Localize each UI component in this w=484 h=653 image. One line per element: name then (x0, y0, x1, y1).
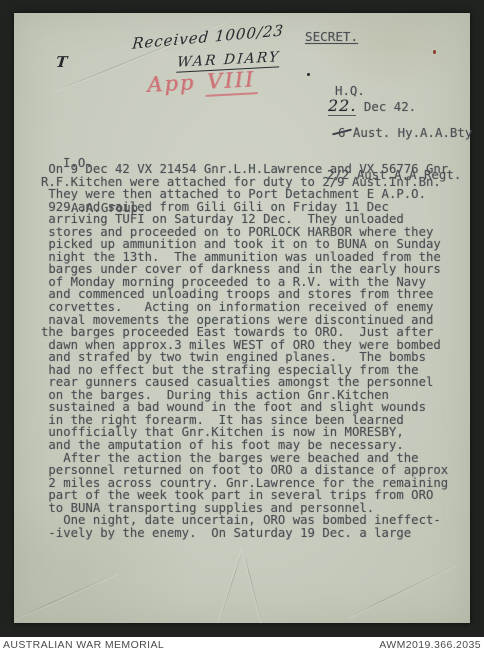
crease-line (348, 564, 458, 618)
body-line: rear gunners caused casualties amongst t… (41, 376, 448, 389)
body-line: and the amputation of his foot may be ne… (41, 439, 448, 452)
body-line: picked up ammunition and took it on to B… (41, 238, 448, 251)
appendix-number: VIII (204, 67, 257, 97)
date-typed: Dec 42. (356, 99, 416, 114)
body-line: the barges proceeded East towards to ORO… (41, 326, 448, 339)
crease-line (243, 548, 263, 623)
crease-line (218, 548, 243, 623)
red-ink-speck (433, 50, 436, 54)
crease-line (16, 572, 119, 618)
date-line: 22. Dec 42. (328, 96, 416, 115)
document-paper: T Received 1000/23 WAR DIARY AppVIII SEC… (14, 13, 470, 623)
body-line: On 9 Dec 42 VX 21454 Gnr.L.H.Lawrence an… (41, 163, 448, 176)
body-line: They were then attached to Port Detachme… (41, 188, 448, 201)
classification-secret: SECRET. (305, 29, 358, 44)
body-line: part of the week took part in several tr… (41, 489, 448, 502)
received-annotation: Received 1000/23 (131, 21, 284, 52)
unit-line: 6 Aust. Hy.A.A.Bty (338, 126, 472, 140)
body-line: and strafed by two twin engined planes. … (41, 351, 448, 364)
date-day-handwritten: 22. (328, 96, 356, 116)
body-line: -ively by the enemy. On Saturday 19 Dec.… (41, 527, 448, 540)
body-line: arriving TUFI on Saturday 12 Dec. They u… (41, 213, 448, 226)
body-line: One night, date uncertain, ORO was bombe… (41, 514, 448, 527)
ink-dot (307, 73, 310, 76)
archive-bar: AUSTRALIAN WAR MEMORIAL AWM2019.366.2035 (0, 637, 484, 653)
appendix-annotation: AppVIII (146, 67, 257, 97)
body-line: personnel returned on foot to ORO a dist… (41, 464, 448, 477)
body-text: On 9 Dec 42 VX 21454 Gnr.L.H.Lawrence an… (41, 163, 448, 539)
body-line: corvettes. Acting on information receive… (41, 301, 448, 314)
archive-item-id: AWM2019.366.2035 (379, 639, 481, 651)
scan-background: { "document": { "classification": "SECRE… (0, 0, 484, 653)
archive-institution-label: AUSTRALIAN WAR MEMORIAL (3, 639, 164, 651)
appendix-label: App (146, 70, 195, 96)
tick-mark: T (55, 53, 68, 71)
